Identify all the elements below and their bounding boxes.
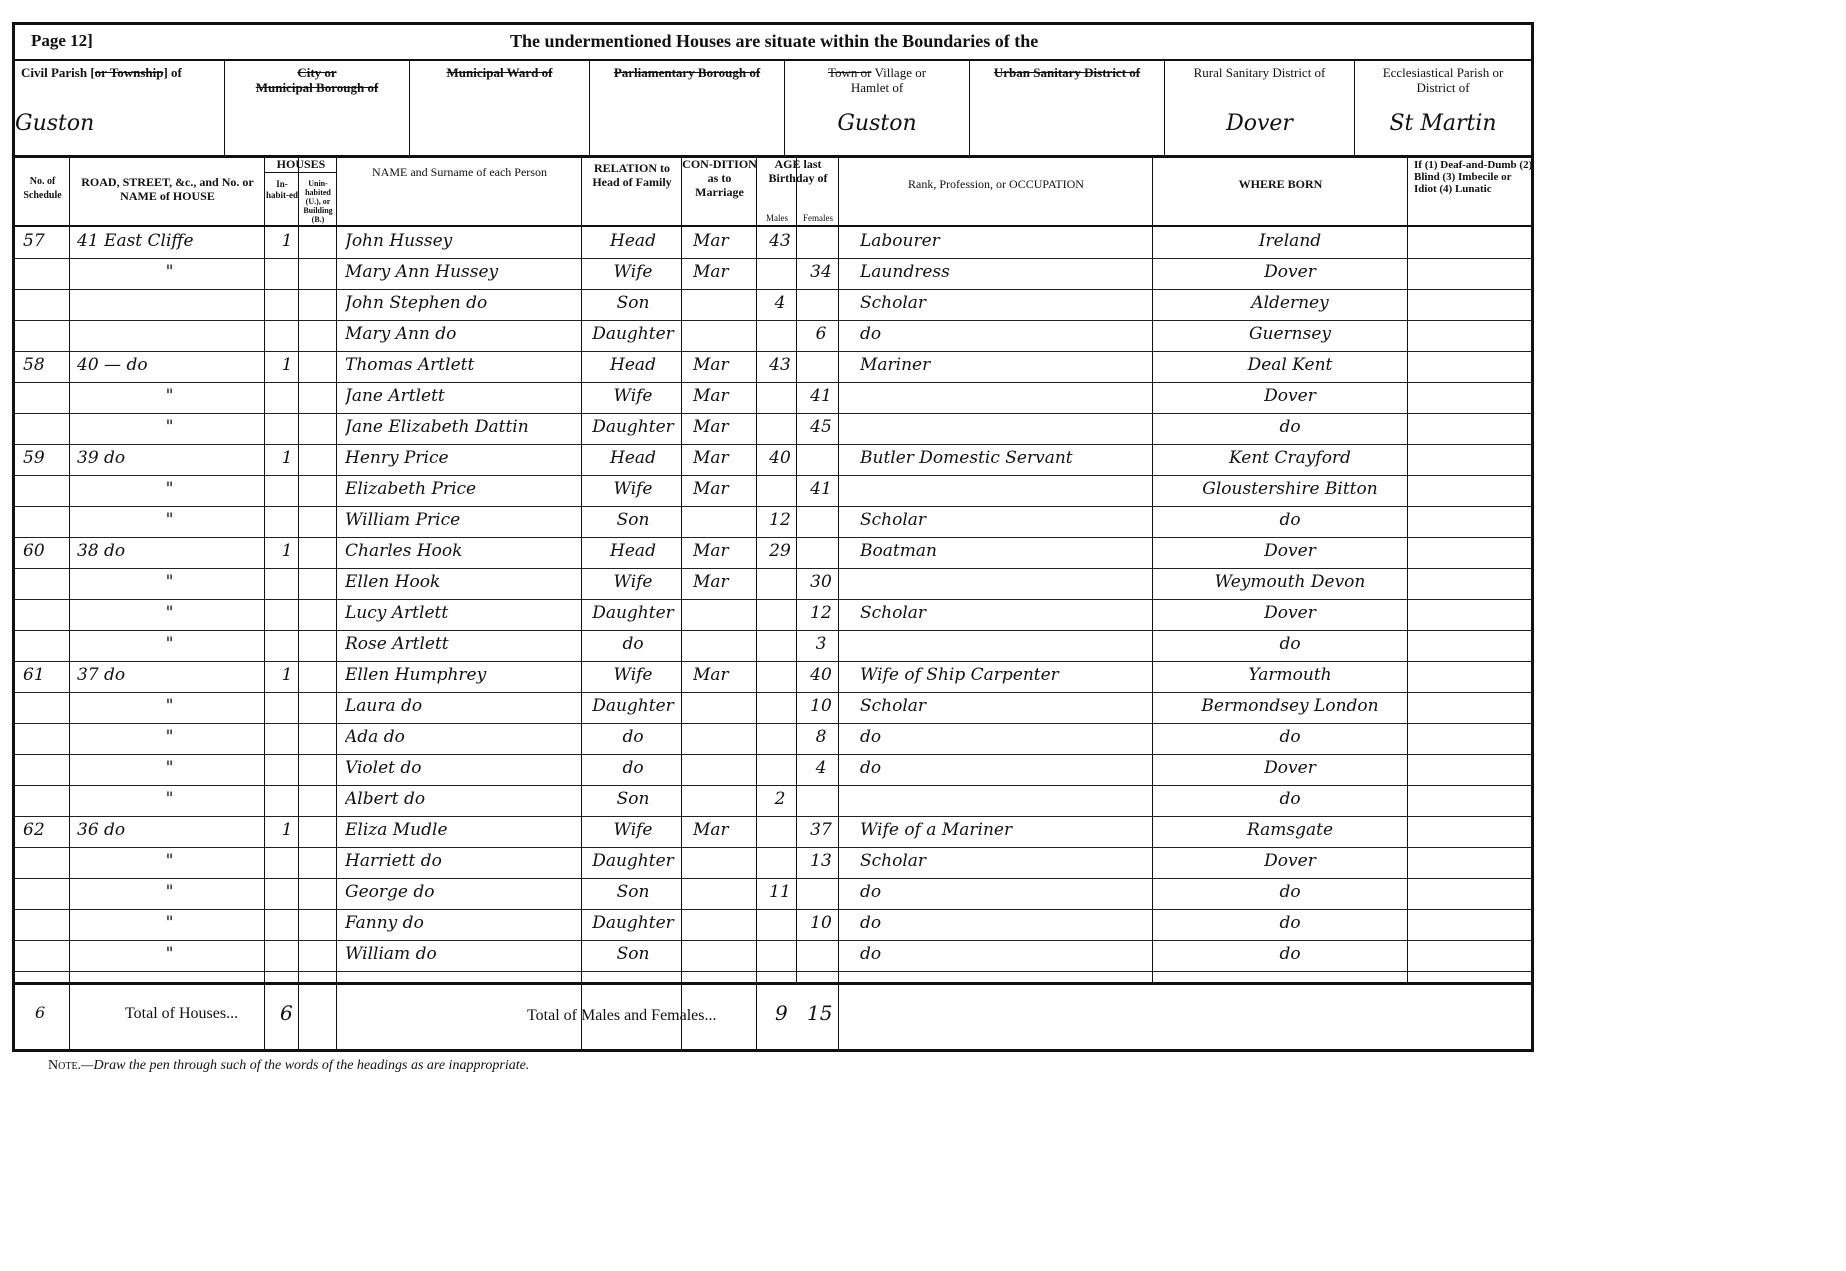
cell-cond <box>693 324 755 348</box>
cell-cond <box>693 293 755 317</box>
cell-occ <box>860 789 1150 813</box>
cell-name: Lucy Artlett <box>345 603 580 627</box>
cell-born: do <box>1175 634 1405 658</box>
cell-addr: " <box>77 479 262 503</box>
cell-addr: " <box>77 758 262 782</box>
ecclesiastical-value: St Martin <box>1355 111 1531 136</box>
cell-born: Weymouth Devon <box>1175 572 1405 596</box>
cell-f: 8 <box>805 727 837 751</box>
cell-name: Mary Ann Hussey <box>345 262 580 286</box>
cell-rel: Wife <box>587 262 679 286</box>
cell-addr: 38 do <box>77 541 262 565</box>
cell-rel: Wife <box>587 572 679 596</box>
cell-inh <box>277 417 297 441</box>
table-row: "Rose Artlettdo3do <box>15 630 1531 662</box>
cell-sched <box>23 417 68 441</box>
cell-name: Violet do <box>345 758 580 782</box>
cell-m <box>765 696 795 720</box>
cell-m <box>765 386 795 410</box>
cell-inh <box>277 324 297 348</box>
cell-cond: Mar <box>693 479 755 503</box>
total-persons-label: Total of Males and Females... <box>527 1007 717 1025</box>
cell-occ: Scholar <box>860 603 1150 627</box>
cell-cond <box>693 789 755 813</box>
cell-sched: 61 <box>23 665 68 689</box>
cell-f <box>805 231 837 255</box>
cell-inh: 1 <box>277 665 297 689</box>
cell-name: Charles Hook <box>345 541 580 565</box>
cell-inh <box>277 727 297 751</box>
cell-rel: do <box>587 758 679 782</box>
cell-sched: 62 <box>23 820 68 844</box>
municipal-borough: City or Municipal Borough of <box>225 59 410 155</box>
cell-m <box>765 479 795 503</box>
cell-sched <box>23 510 68 534</box>
table-row: "Mary Ann HusseyWifeMar34LaundressDover <box>15 258 1531 290</box>
cell-cond: Mar <box>693 448 755 472</box>
cell-cond: Mar <box>693 820 755 844</box>
table-row: 5741 East Cliffe1John HusseyHeadMar43Lab… <box>15 227 1531 259</box>
cell-occ <box>860 386 1150 410</box>
cell-sched <box>23 479 68 503</box>
cell-m <box>765 324 795 348</box>
table-row: "William PriceSon12Scholardo <box>15 506 1531 538</box>
cell-rel: Son <box>587 789 679 813</box>
cell-occ: do <box>860 324 1150 348</box>
cell-born: Dover <box>1175 758 1405 782</box>
cell-f: 40 <box>805 665 837 689</box>
cell-occ: do <box>860 882 1150 906</box>
cell-m <box>765 665 795 689</box>
cell-m: 43 <box>765 231 795 255</box>
table-row: "Elizabeth PriceWifeMar41Gloustershire B… <box>15 475 1531 507</box>
cell-cond: Mar <box>693 355 755 379</box>
cell-occ: Scholar <box>860 696 1150 720</box>
cell-addr: " <box>77 789 262 813</box>
table-row: 5840 — do1Thomas ArtlettHeadMar43Mariner… <box>15 351 1531 383</box>
cell-cond: Mar <box>693 541 755 565</box>
rural-district-value: Dover <box>1165 111 1354 136</box>
total-females: 15 <box>807 1001 832 1025</box>
table-row: "Albert doSon2do <box>15 785 1531 817</box>
cell-occ: do <box>860 727 1150 751</box>
cell-f: 10 <box>805 696 837 720</box>
cell-sched <box>23 634 68 658</box>
cell-born: Ramsgate <box>1175 820 1405 844</box>
cell-occ: Mariner <box>860 355 1150 379</box>
cell-rel: Daughter <box>587 696 679 720</box>
cell-m: 11 <box>765 882 795 906</box>
cell-f <box>805 882 837 906</box>
cell-m <box>765 603 795 627</box>
cell-sched <box>23 913 68 937</box>
table-row: 6137 do1Ellen HumphreyWifeMar40Wife of S… <box>15 661 1531 693</box>
cell-sched <box>23 324 68 348</box>
urban-sanitary-district: Urban Sanitary District of <box>970 59 1165 155</box>
cell-name: Harriett do <box>345 851 580 875</box>
cell-rel: Head <box>587 541 679 565</box>
cell-occ: Boatman <box>860 541 1150 565</box>
cell-sched <box>23 789 68 813</box>
cell-occ: do <box>860 944 1150 968</box>
cell-inh: 1 <box>277 541 297 565</box>
cell-sched <box>23 758 68 782</box>
cell-occ <box>860 479 1150 503</box>
cell-inh: 1 <box>277 820 297 844</box>
cell-born: Kent Crayford <box>1175 448 1405 472</box>
cell-sched <box>23 696 68 720</box>
cell-name: William Price <box>345 510 580 534</box>
parliamentary-borough: Parliamentary Borough of <box>590 59 785 155</box>
cell-sched <box>23 727 68 751</box>
cell-inh <box>277 262 297 286</box>
cell-addr: " <box>77 510 262 534</box>
cell-inh <box>277 758 297 782</box>
cell-f: 41 <box>805 479 837 503</box>
cell-rel: Daughter <box>587 913 679 937</box>
ecclesiastical-parish: Ecclesiastical Parish or District of St … <box>1355 59 1531 155</box>
cell-occ: Wife of Ship Carpenter <box>860 665 1150 689</box>
cell-cond <box>693 851 755 875</box>
cell-name: Rose Artlett <box>345 634 580 658</box>
table-row: "Violet dodo4doDover <box>15 754 1531 786</box>
cell-sched <box>23 851 68 875</box>
cell-occ: Butler Domestic Servant <box>860 448 1150 472</box>
cell-f: 34 <box>805 262 837 286</box>
admin-areas: Civil Parish [or Township] of Guston Cit… <box>15 59 1531 158</box>
cell-addr: 37 do <box>77 665 262 689</box>
cell-sched <box>23 262 68 286</box>
village-value: Guston <box>785 111 969 136</box>
cell-f: 6 <box>805 324 837 348</box>
cell-name: Henry Price <box>345 448 580 472</box>
cell-addr: " <box>77 696 262 720</box>
total-males: 9 <box>775 1001 788 1025</box>
cell-rel: Daughter <box>587 324 679 348</box>
cell-rel: Wife <box>587 479 679 503</box>
cell-addr: 40 — do <box>77 355 262 379</box>
cell-f <box>805 510 837 534</box>
cell-name: Laura do <box>345 696 580 720</box>
cell-rel: do <box>587 634 679 658</box>
cell-addr: " <box>77 417 262 441</box>
cell-f <box>805 541 837 565</box>
page-header: Page 12] The undermentioned Houses are s… <box>15 25 1531 61</box>
cell-rel: Wife <box>587 665 679 689</box>
cell-cond <box>693 727 755 751</box>
cell-addr <box>77 293 262 317</box>
cell-inh <box>277 479 297 503</box>
municipal-ward: Municipal Ward of <box>410 59 590 155</box>
cell-addr: " <box>77 262 262 286</box>
cell-occ <box>860 417 1150 441</box>
cell-born: Guernsey <box>1175 324 1405 348</box>
cell-born: Ireland <box>1175 231 1405 255</box>
table-row: 5939 do1Henry PriceHeadMar40Butler Domes… <box>15 444 1531 476</box>
cell-name: Jane Artlett <box>345 386 580 410</box>
table-row: "William doSondodo <box>15 940 1531 972</box>
cell-addr: 36 do <box>77 820 262 844</box>
cell-name: Ellen Hook <box>345 572 580 596</box>
cell-born: Alderney <box>1175 293 1405 317</box>
cell-m <box>765 262 795 286</box>
cell-born: Dover <box>1175 262 1405 286</box>
cell-name: Jane Elizabeth Dattin <box>345 417 580 441</box>
census-sheet: Page 12] The undermentioned Houses are s… <box>12 22 1534 1052</box>
table-row: John Stephen doSon4ScholarAlderney <box>15 289 1531 321</box>
cell-sched <box>23 944 68 968</box>
table-row: 6236 do1Eliza MudleWifeMar37Wife of a Ma… <box>15 816 1531 848</box>
cell-f: 10 <box>805 913 837 937</box>
cell-cond: Mar <box>693 665 755 689</box>
cell-name: John Hussey <box>345 231 580 255</box>
table-row: "Jane ArtlettWifeMar41Dover <box>15 382 1531 414</box>
cell-cond <box>693 634 755 658</box>
cell-cond: Mar <box>693 231 755 255</box>
civil-parish: Civil Parish [or Township] of Guston <box>15 59 225 155</box>
cell-f <box>805 944 837 968</box>
cell-inh <box>277 603 297 627</box>
page-number: Page 12] <box>31 31 93 51</box>
table-row: "Harriett doDaughter13ScholarDover <box>15 847 1531 879</box>
cell-m <box>765 758 795 782</box>
cell-m: 4 <box>765 293 795 317</box>
total-houses: 6 <box>280 1001 293 1025</box>
cell-addr: " <box>77 851 262 875</box>
cell-addr: 39 do <box>77 448 262 472</box>
cell-rel: Daughter <box>587 851 679 875</box>
cell-rel: Wife <box>587 820 679 844</box>
rural-sanitary-district: Rural Sanitary District of Dover <box>1165 59 1355 155</box>
cell-cond <box>693 603 755 627</box>
cell-rel: Head <box>587 448 679 472</box>
cell-f <box>805 355 837 379</box>
footnote: Note.—Draw the pen through such of the w… <box>48 1058 529 1074</box>
cell-inh: 1 <box>277 355 297 379</box>
cell-born: do <box>1175 882 1405 906</box>
cell-born: Deal Kent <box>1175 355 1405 379</box>
cell-f <box>805 789 837 813</box>
cell-born: Dover <box>1175 851 1405 875</box>
cell-f: 4 <box>805 758 837 782</box>
cell-addr <box>77 324 262 348</box>
cell-occ: Wife of a Mariner <box>860 820 1150 844</box>
page-heading: The undermentioned Houses are situate wi… <box>510 31 1038 52</box>
cell-born: Dover <box>1175 386 1405 410</box>
table-row: "Ada dodo8dodo <box>15 723 1531 755</box>
cell-inh <box>277 882 297 906</box>
cell-occ: do <box>860 758 1150 782</box>
cell-inh <box>277 851 297 875</box>
cell-born: do <box>1175 417 1405 441</box>
cell-m: 40 <box>765 448 795 472</box>
cell-inh <box>277 913 297 937</box>
cell-m: 12 <box>765 510 795 534</box>
cell-addr: " <box>77 882 262 906</box>
cell-rel: Son <box>587 882 679 906</box>
table-row: Mary Ann doDaughter6doGuernsey <box>15 320 1531 352</box>
cell-inh <box>277 572 297 596</box>
cell-occ: Laundress <box>860 262 1150 286</box>
cell-sched: 57 <box>23 231 68 255</box>
cell-name: Ellen Humphrey <box>345 665 580 689</box>
total-schedules: 6 <box>35 1003 45 1022</box>
cell-m <box>765 417 795 441</box>
cell-inh: 1 <box>277 231 297 255</box>
col-header-infirmity: If (1) Deaf-and-Dumb (2) Blind (3) Imbec… <box>1408 155 1533 225</box>
cell-inh <box>277 696 297 720</box>
table-row: "Laura doDaughter10ScholarBermondsey Lon… <box>15 692 1531 724</box>
cell-rel: Son <box>587 510 679 534</box>
total-houses-label: Total of Houses... <box>125 1005 238 1023</box>
cell-m <box>765 634 795 658</box>
cell-cond: Mar <box>693 417 755 441</box>
cell-occ: Labourer <box>860 231 1150 255</box>
cell-sched <box>23 293 68 317</box>
cell-sched <box>23 882 68 906</box>
cell-rel: Son <box>587 293 679 317</box>
cell-addr: " <box>77 944 262 968</box>
cell-addr: " <box>77 572 262 596</box>
cell-name: Thomas Artlett <box>345 355 580 379</box>
cell-rel: Son <box>587 944 679 968</box>
table-row: "Jane Elizabeth DattinDaughterMar45do <box>15 413 1531 445</box>
cell-addr: 41 East Cliffe <box>77 231 262 255</box>
cell-addr: " <box>77 634 262 658</box>
cell-f: 37 <box>805 820 837 844</box>
cell-occ: Scholar <box>860 510 1150 534</box>
cell-sched: 59 <box>23 448 68 472</box>
cell-sched <box>23 386 68 410</box>
cell-born: Dover <box>1175 541 1405 565</box>
cell-sched <box>23 603 68 627</box>
cell-born: Dover <box>1175 603 1405 627</box>
totals-row: 6 Total of Houses... 6 Total of Males an… <box>15 982 1531 1049</box>
cell-occ: Scholar <box>860 851 1150 875</box>
table-row: "Fanny doDaughter10dodo <box>15 909 1531 941</box>
cell-born: Gloustershire Bitton <box>1175 479 1405 503</box>
table-row: "Lucy ArtlettDaughter12ScholarDover <box>15 599 1531 631</box>
cell-m <box>765 572 795 596</box>
cell-sched: 58 <box>23 355 68 379</box>
cell-m: 2 <box>765 789 795 813</box>
cell-sched <box>23 572 68 596</box>
cell-occ: Scholar <box>860 293 1150 317</box>
cell-rel: Daughter <box>587 603 679 627</box>
cell-m <box>765 727 795 751</box>
cell-addr: " <box>77 913 262 937</box>
cell-cond <box>693 944 755 968</box>
cell-cond: Mar <box>693 572 755 596</box>
cell-m: 29 <box>765 541 795 565</box>
cell-name: William do <box>345 944 580 968</box>
cell-rel: Head <box>587 355 679 379</box>
cell-born: do <box>1175 913 1405 937</box>
cell-name: Elizabeth Price <box>345 479 580 503</box>
cell-inh <box>277 944 297 968</box>
cell-m <box>765 913 795 937</box>
cell-occ <box>860 634 1150 658</box>
cell-cond <box>693 510 755 534</box>
cell-addr: " <box>77 727 262 751</box>
cell-name: Fanny do <box>345 913 580 937</box>
cell-cond <box>693 758 755 782</box>
cell-born: do <box>1175 944 1405 968</box>
cell-born: Yarmouth <box>1175 665 1405 689</box>
cell-born: do <box>1175 727 1405 751</box>
cell-cond <box>693 696 755 720</box>
cell-born: Bermondsey London <box>1175 696 1405 720</box>
table-row: "Ellen HookWifeMar30Weymouth Devon <box>15 568 1531 600</box>
cell-name: Albert do <box>345 789 580 813</box>
cell-name: Ada do <box>345 727 580 751</box>
cell-m: 43 <box>765 355 795 379</box>
cell-name: Mary Ann do <box>345 324 580 348</box>
cell-inh <box>277 386 297 410</box>
table-row: 6038 do1Charles HookHeadMar29BoatmanDove… <box>15 537 1531 569</box>
census-table: No. of Schedule ROAD, STREET, &c., and N… <box>15 155 1531 1049</box>
cell-occ <box>860 572 1150 596</box>
cell-rel: do <box>587 727 679 751</box>
cell-cond: Mar <box>693 386 755 410</box>
cell-cond <box>693 913 755 937</box>
cell-inh <box>277 634 297 658</box>
cell-f: 13 <box>805 851 837 875</box>
civil-parish-value: Guston <box>15 111 224 136</box>
cell-inh <box>277 789 297 813</box>
cell-name: John Stephen do <box>345 293 580 317</box>
cell-cond <box>693 882 755 906</box>
cell-occ: do <box>860 913 1150 937</box>
cell-f: 12 <box>805 603 837 627</box>
cell-m <box>765 944 795 968</box>
cell-m <box>765 851 795 875</box>
cell-sched: 60 <box>23 541 68 565</box>
cell-name: Eliza Mudle <box>345 820 580 844</box>
cell-f <box>805 448 837 472</box>
cell-f: 30 <box>805 572 837 596</box>
cell-born: do <box>1175 789 1405 813</box>
cell-f: 45 <box>805 417 837 441</box>
cell-name: George do <box>345 882 580 906</box>
cell-born: do <box>1175 510 1405 534</box>
cell-inh <box>277 293 297 317</box>
cell-addr: " <box>77 603 262 627</box>
cell-addr: " <box>77 386 262 410</box>
cell-inh <box>277 510 297 534</box>
village-hamlet: Town or Village or Hamlet of Guston <box>785 59 970 155</box>
cell-inh: 1 <box>277 448 297 472</box>
cell-m <box>765 820 795 844</box>
cell-f <box>805 293 837 317</box>
cell-f: 3 <box>805 634 837 658</box>
cell-rel: Wife <box>587 386 679 410</box>
cell-rel: Head <box>587 231 679 255</box>
cell-rel: Daughter <box>587 417 679 441</box>
cell-cond: Mar <box>693 262 755 286</box>
cell-f: 41 <box>805 386 837 410</box>
table-row: "George doSon11dodo <box>15 878 1531 910</box>
